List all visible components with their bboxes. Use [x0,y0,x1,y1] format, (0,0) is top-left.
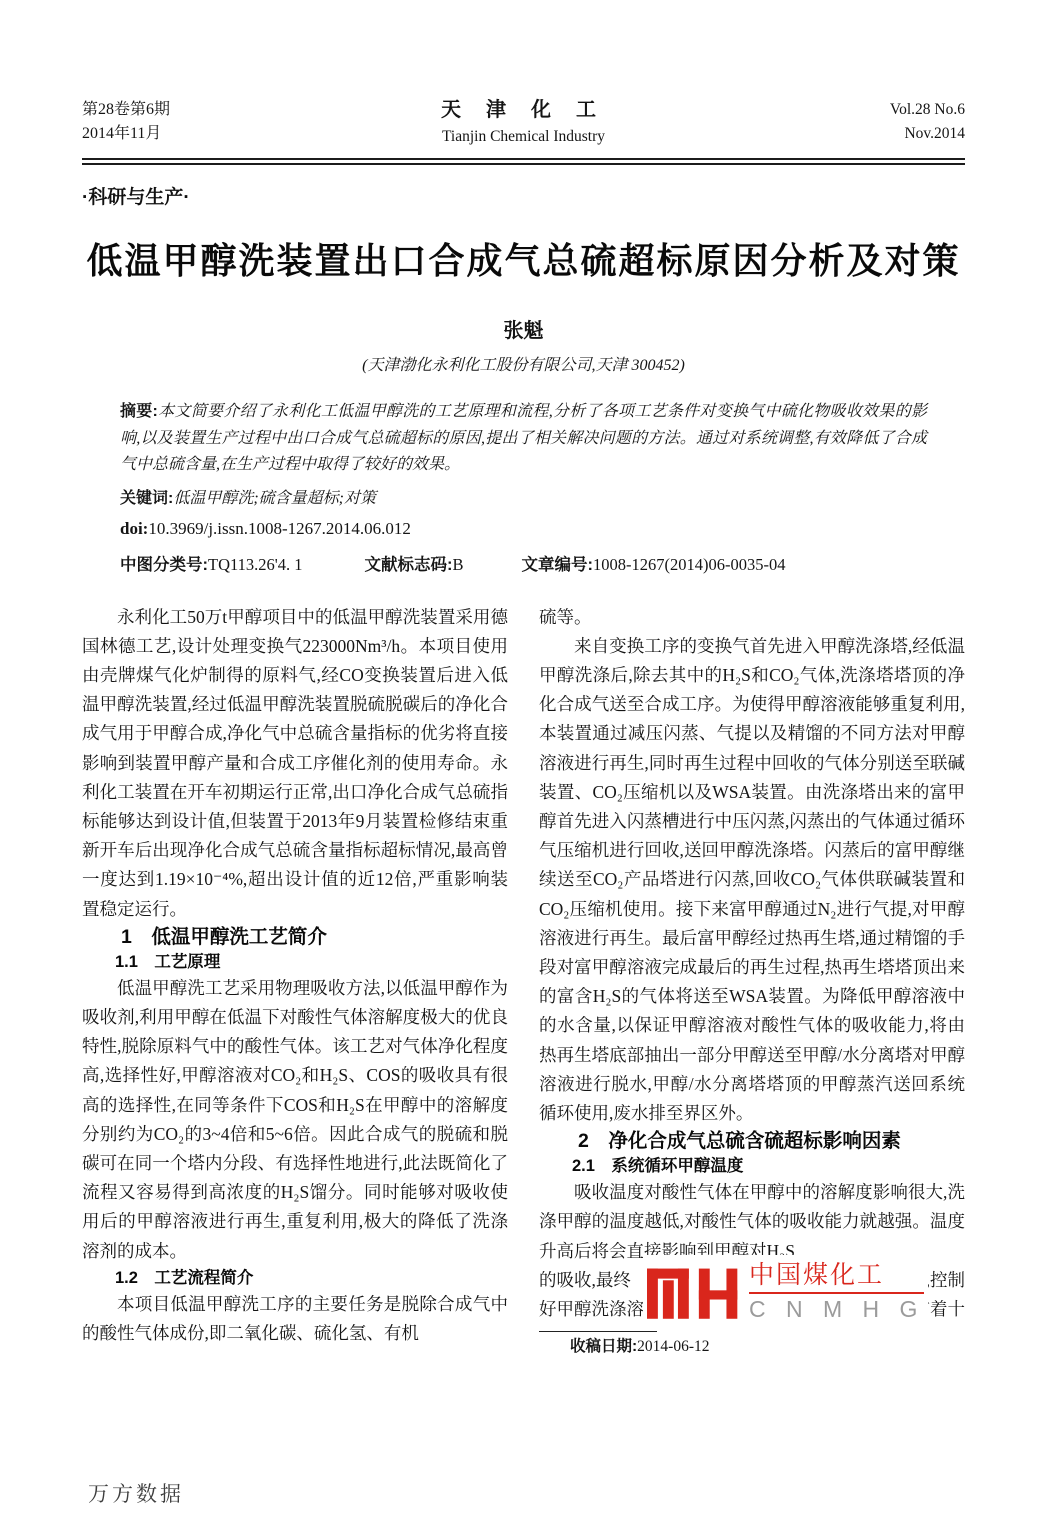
author-name: 张魁 [82,314,965,343]
cnmhg-logo-icon [647,1257,739,1327]
abstract-text: 本文简要介绍了永利化工低温甲醇洗的工艺原理和流程,分析了各项工艺条件对变换气中硫… [120,403,927,473]
issue-date-cn: 2014年11月 [82,122,302,146]
header-volume-block: Vol.28 No.6 Nov.2014 [745,98,965,146]
header-divider-rule [82,158,965,165]
abstract-paragraph: 摘要:本文简要介绍了永利化工低温甲醇洗的工艺原理和流程,分析了各项工艺条件对变换… [120,399,927,479]
issue-date-en: Nov.2014 [745,122,965,146]
header-journal-block: 天 津 化 工 Tianjin Chemical Industry [302,98,745,149]
section-1-heading: 1 低温甲醇洗工艺简介 [82,924,508,950]
process-flow-paragraph: 来自变换工序的变换气首先进入甲醇洗涤塔,经低温甲醇洗涤后,除去其中的H₂S和CO… [539,632,965,1128]
doc-code-segment: 文献标志码:B [364,551,463,575]
front-matter: 摘要:本文简要介绍了永利化工低温甲醇洗的工艺原理和流程,分析了各项工艺条件对变换… [82,399,965,575]
classification-line: 中图分类号:TQ113.26'4. 1 文献标志码:B 文章编号:1008-12… [120,551,927,575]
journal-name-en: Tianjin Chemical Industry [302,125,745,149]
issue-number: 第28卷第6期 [82,98,302,122]
watermark-text-en: C N M H G [749,1296,924,1322]
journal-name-cn: 天 津 化 工 [302,98,745,122]
watermark-text-cn: 中国煤化工 [749,1261,924,1294]
right-column: 硫等。 来自变换工序的变换气首先进入甲醇洗涤塔,经低温甲醇洗涤后,除去其中的H₂… [539,603,965,1361]
section-2-1-paragraph: 吸收温度对酸性气体在甲醇中的溶解度影响很大,洗涤甲醇的温度越低,对酸性气体的吸收… [539,1178,965,1266]
journal-header: 第28卷第6期 2014年11月 天 津 化 工 Tianjin Chemica… [82,98,965,149]
section-1-1-paragraph: 低温甲醇洗工艺采用物理吸收方法,以低温甲醇作为吸收剂,利用甲醇在低温下对酸性气体… [82,974,508,1266]
doi-label: doi: [120,519,148,538]
watermark-text-block: 中国煤化工 C N M H G [749,1261,924,1322]
received-date-line: 收稿日期:2014-06-12 [539,1332,965,1361]
doc-code-value: B [452,555,463,574]
watermark-overlap-zone: 的吸收,最终 因此,控制 好甲醇洗涤溶 运行有着十 [539,1266,965,1328]
keywords-line: 关键词:低温甲醇洗;硫含量超标;对策 [120,485,927,508]
received-date-label: 收稿日期: [570,1338,637,1355]
article-id-value: 1008-1267(2014)06-0035-04 [593,555,785,574]
overlap-line-1-left: 的吸收,最终 [539,1266,631,1295]
section-1-2-heading: 1.2 工艺流程简介 [82,1266,508,1290]
received-date-value: 2014-06-12 [637,1338,709,1355]
doi-line: doi:10.3969/j.issn.1008-1267.2014.06.012 [120,519,927,539]
keywords-label: 关键词: [120,490,173,507]
section-2-heading: 2 净化合成气总硫含硫超标影响因素 [539,1128,965,1154]
intro-paragraph: 永利化工50万t甲醇项目中的低温甲醇洗装置采用德国林德工艺,设计处理变换气223… [82,603,508,924]
section-2-1-heading: 2.1 系统循环甲醇温度 [539,1154,965,1178]
author-affiliation: (天津渤化永利化工股份有限公司,天津 300452) [82,352,965,375]
article-id-label: 文章编号: [522,556,594,574]
clc-value: TQ113.26'4. 1 [208,555,302,574]
abstract-label: 摘要: [120,403,158,420]
article-id-segment: 文章编号:1008-1267(2014)06-0035-04 [522,551,786,575]
article-title: 低温甲醇洗装置出口合成气总硫超标原因分析及对策 [82,233,965,284]
article-body: 永利化工50万t甲醇项目中的低温甲醇洗装置采用德国林德工艺,设计处理变换气223… [82,603,965,1361]
left-column: 永利化工50万t甲醇项目中的低温甲醇洗装置采用德国林德工艺,设计处理变换气223… [82,603,508,1361]
column-section-label: ·科研与生产· [82,182,965,209]
keywords-text: 低温甲醇洗;硫含量超标;对策 [173,490,376,507]
clc-segment: 中图分类号:TQ113.26'4. 1 [120,551,302,575]
continuation-line: 硫等。 [539,603,965,632]
section-1-1-heading: 1.1 工艺原理 [82,950,508,974]
doc-code-label: 文献标志码: [364,556,452,574]
overlap-line-2-left: 好甲醇洗涤溶 [539,1295,644,1324]
cnmhg-watermark: 中国煤化工 C N M H G [643,1255,928,1329]
doi-value: 10.3969/j.issn.1008-1267.2014.06.012 [148,519,411,538]
clc-label: 中图分类号: [120,556,208,574]
journal-page: 第28卷第6期 2014年11月 天 津 化 工 Tianjin Chemica… [0,0,1043,1529]
volume-number: Vol.28 No.6 [745,98,965,122]
header-issue-block: 第28卷第6期 2014年11月 [82,98,302,146]
wanfang-data-mark: 万方数据 [88,1478,184,1508]
section-1-2-paragraph: 本项目低温甲醇洗工序的主要任务是脱除合成气中的酸性气体成份,即二氧化碳、硫化氢、… [82,1290,508,1348]
